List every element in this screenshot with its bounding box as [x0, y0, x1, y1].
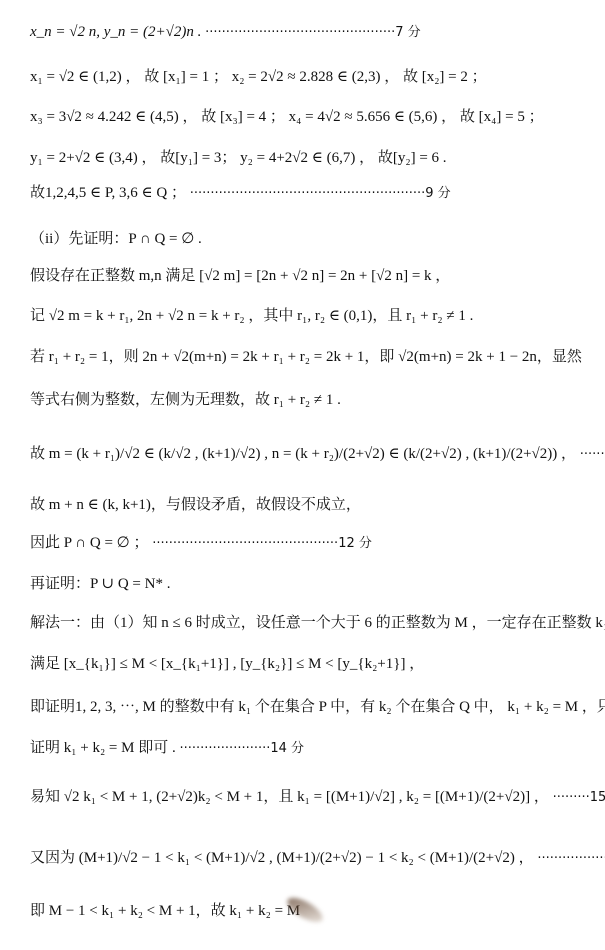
text-line-17: 即证明1, 2, 3, ⋯, M 的整数中有 k₁ 个在集合 P 中，有 k₂ … [30, 697, 605, 717]
text-line-7: 假设存在正整数 m,n 满足 [√2 m] = [2n + √2 n] = 2n… [30, 266, 450, 286]
score-mark: ·························16 分 [537, 851, 605, 866]
text-line-8: 记 √2 m = k + r₁, 2n + √2 n = k + r₂ ，其中 … [30, 306, 473, 326]
text-line-2: x₁ = √2 ∈ (1,2) ， 故 [x₁] = 1 ； x₂ = 2√2 … [30, 67, 487, 87]
text-line-12: 故 m + n ∈ (k, k+1)，与假设矛盾，故假设不成立， [30, 495, 361, 515]
text-line-3: x₃ = 3√2 ≈ 4.242 ∈ (4,5) ， 故 [x₃] = 4 ； … [30, 107, 544, 127]
section-heading: （ii）先证明：P ∩ Q = ∅ . [30, 229, 202, 249]
text-line-1: x_n = √2 n, y_n = (2+√2)n . ············… [30, 22, 421, 43]
text-line-13: 因此 P ∩ Q = ∅ ； ·························… [30, 533, 372, 554]
section-heading-2: 再证明：P ∪ Q = N* . [30, 574, 170, 594]
score-mark: ········································… [205, 25, 421, 40]
text-line-5: 故1,2,4,5 ∈ P, 3,6 ∈ Q ； ················… [30, 183, 451, 204]
score-mark: ········································… [190, 186, 451, 201]
text-line-21: 即 M − 1 < k₁ + k₂ < M + 1，故 k₁ + k₂ = M [30, 901, 300, 921]
score-mark: ·········15 分 [553, 790, 605, 805]
text-line-20: 又因为 (M+1)/√2 − 1 < k₁ < (M+1)/√2 , (M+1)… [30, 848, 605, 869]
text-line-19: 易知 √2 k₁ < M + 1, (2+√2)k₂ < M + 1，且 k₁ … [30, 787, 605, 808]
text-line-18: 证明 k₁ + k₂ = M 即可 . ····················… [30, 738, 304, 759]
text-line-16: 满足 [x_{k₁}] ≤ M < [x_{k₁+1}] , [y_{k₂}] … [30, 654, 424, 674]
score-mark: ······················14 分 [179, 741, 304, 756]
score-mark: ···················10 分 [580, 447, 605, 462]
text-line-4: y₁ = 2+√2 ∈ (3,4) ， 故[y₁] = 3； y₂ = 4+2√… [30, 148, 447, 168]
text-line-15: 解法一：由（1）知 n ≤ 6 时成立，设任意一个大于 6 的正整数为 M ，一… [30, 613, 605, 633]
text-line-11: 故 m = (k + r₁)/√2 ∈ (k/√2 , (k+1)/√2) , … [30, 444, 605, 465]
text-line-10: 等式右侧为整数，左侧为无理数，故 r₁ + r₂ ≠ 1 . [30, 390, 341, 410]
score-mark: ········································… [152, 536, 372, 551]
text-line-9: 若 r₁ + r₂ = 1，则 2n + √2(m+n) = 2k + r₁ +… [30, 347, 582, 367]
